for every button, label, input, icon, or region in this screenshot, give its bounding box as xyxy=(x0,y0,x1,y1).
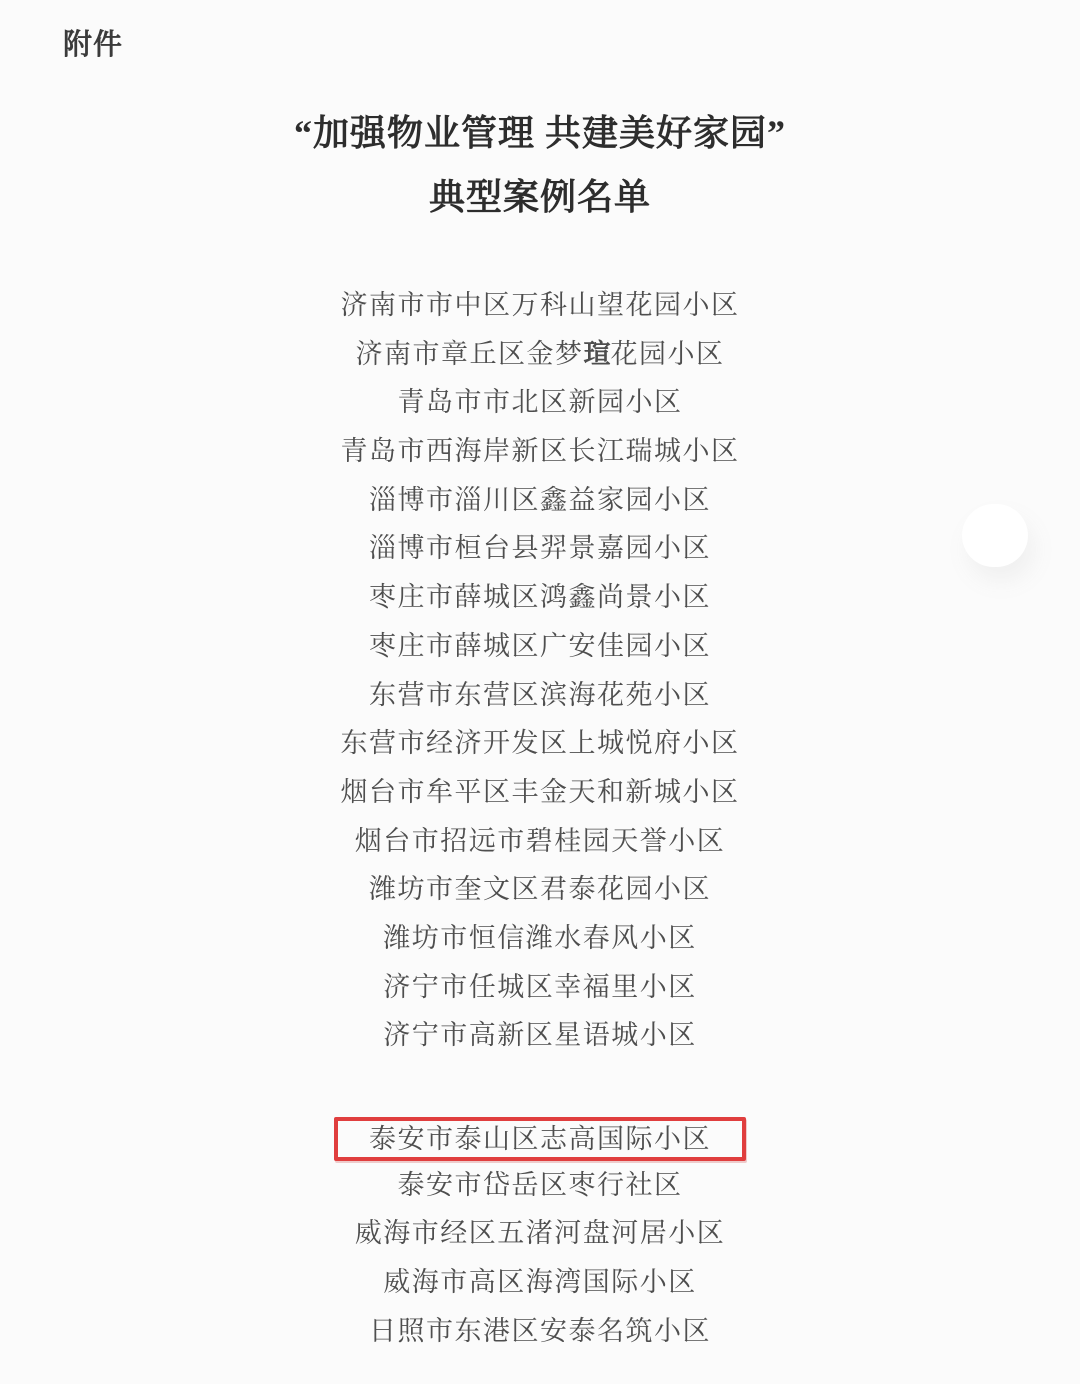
list-item: 济南市章丘区金梦瑄花园小区 xyxy=(0,330,1080,379)
list-item: 烟台市招远市碧桂园天誉小区 xyxy=(0,817,1080,866)
list-item-text: 东营市经济开发区上城悦府小区 xyxy=(341,728,740,758)
list-item: 威海市经区五渚河盘河居小区 xyxy=(0,1209,1080,1258)
list-item-text: 东营市东营区滨海花苑小区 xyxy=(369,680,711,710)
list-item-text: 淄博市桓台县羿景嘉园小区 xyxy=(369,533,711,563)
list-item-text: 威海市经区五渚河盘河居小区 xyxy=(355,1218,726,1248)
list-item: 枣庄市薛城区广安佳园小区 xyxy=(0,622,1080,671)
document-title-line1: “加强物业管理 共建美好家园” xyxy=(0,101,1080,165)
list-item-highlighted: 泰安市泰山区志高国际小区 xyxy=(0,1112,1080,1161)
list-item-text: 济宁市高新区星语城小区 xyxy=(383,1020,697,1050)
list-item: 潍坊市奎文区君泰花园小区 xyxy=(0,865,1080,914)
list-item: 枣庄市薛城区鸿鑫尚景小区 xyxy=(0,573,1080,622)
list-item: 淄博市桓台县羿景嘉园小区 xyxy=(0,524,1080,573)
list-item: 日照市东港区安泰名筑小区 xyxy=(0,1307,1080,1356)
list-item-text: 日照市东港区安泰名筑小区 xyxy=(369,1316,711,1346)
list-item: 泰安市岱岳区枣行社区 xyxy=(0,1161,1080,1210)
list-item: 威海市高区海湾国际小区 xyxy=(0,1258,1080,1307)
list-item: 青岛市西海岸新区长江瑞城小区 xyxy=(0,427,1080,476)
list-item-text: 潍坊市恒信潍水春风小区 xyxy=(383,923,697,953)
list-item-text: 枣庄市薛城区广安佳园小区 xyxy=(369,631,711,661)
list-item: 潍坊市恒信潍水春风小区 xyxy=(0,914,1080,963)
list-item-text: 济宁市任城区幸福里小区 xyxy=(383,972,697,1002)
document-title-line2: 典型案例名单 xyxy=(0,165,1080,229)
list-item-text: 泰安市泰山区志高国际小区 xyxy=(369,1124,711,1154)
document-title: “加强物业管理 共建美好家园” 典型案例名单 xyxy=(0,101,1080,229)
list-item-text: 济南市市中区万科山望花园小区 xyxy=(341,290,740,320)
list-item-text: 烟台市牟平区丰金天和新城小区 xyxy=(341,777,740,807)
list-item-text: 济南市章丘区金梦瑄花园小区 xyxy=(356,339,725,369)
attachment-label: 附件 xyxy=(63,22,123,63)
list-item: 青岛市市北区新园小区 xyxy=(0,378,1080,427)
list-item: 东营市经济开发区上城悦府小区 xyxy=(0,719,1080,768)
list-item-text: 威海市高区海湾国际小区 xyxy=(383,1267,697,1297)
highlight-box: 泰安市泰山区志高国际小区 xyxy=(334,1117,746,1161)
list-item: 济南市市中区万科山望花园小区 xyxy=(0,281,1080,330)
list-item: 济宁市高新区星语城小区 xyxy=(0,1011,1080,1060)
list-item: 济宁市任城区幸福里小区 xyxy=(0,963,1080,1012)
list-item-text: 青岛市西海岸新区长江瑞城小区 xyxy=(341,436,740,466)
list-item-text: 泰安市岱岳区枣行社区 xyxy=(398,1170,683,1200)
list-item: 淄博市淄川区鑫益家园小区 xyxy=(0,476,1080,525)
list-item-text: 青岛市市北区新园小区 xyxy=(398,387,683,417)
list-item-text: 淄博市淄川区鑫益家园小区 xyxy=(369,485,711,515)
list-item: 烟台市牟平区丰金天和新城小区 xyxy=(0,768,1080,817)
list-item: 东营市东营区滨海花苑小区 xyxy=(0,671,1080,720)
list-item-text: 潍坊市奎文区君泰花园小区 xyxy=(369,874,711,904)
list-item-text: 枣庄市薛城区鸿鑫尚景小区 xyxy=(369,582,711,612)
list-item-text: 烟台市招远市碧桂园天誉小区 xyxy=(355,826,726,856)
case-list: 济南市市中区万科山望花园小区 济南市章丘区金梦瑄花园小区 青岛市市北区新园小区 … xyxy=(0,281,1080,1355)
floating-pill-artifact xyxy=(962,504,1028,567)
